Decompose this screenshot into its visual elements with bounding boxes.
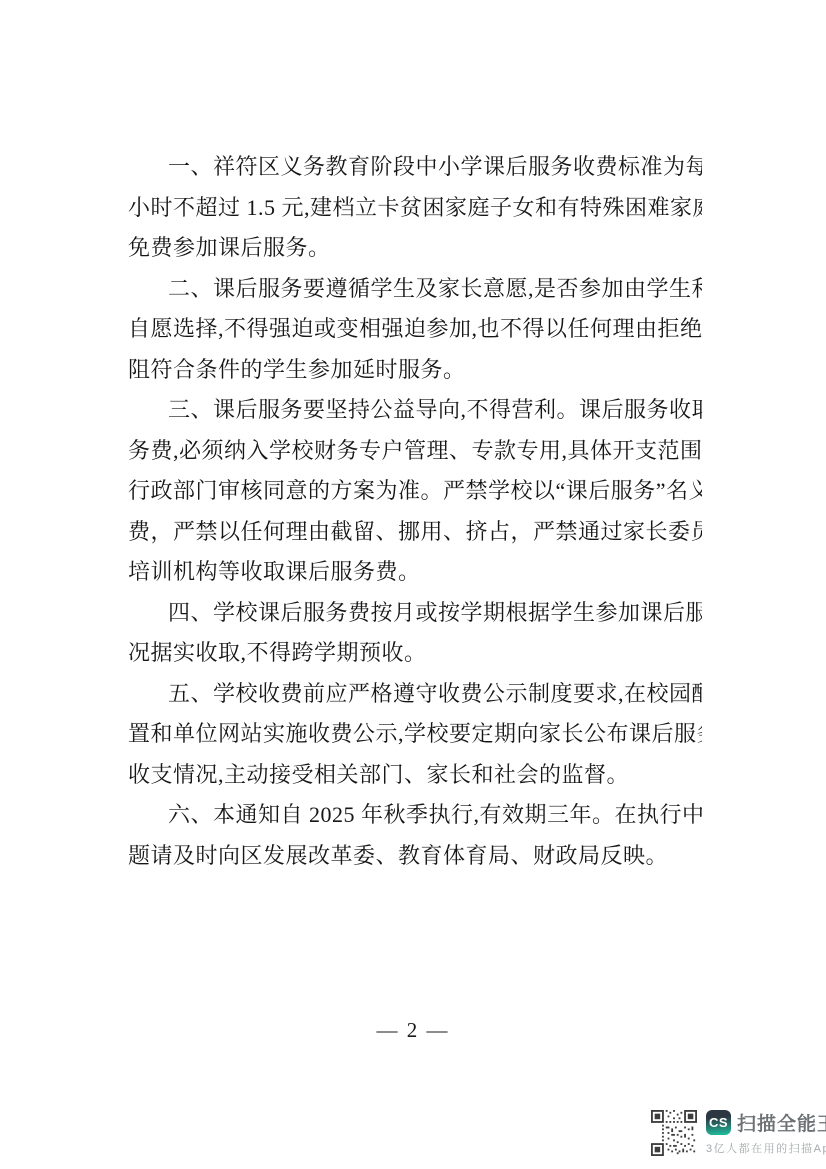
document-line: 小时不超过 1.5 元,建档立卡贫困家庭子女和有特殊困难家庭子女 [128, 188, 702, 229]
camscanner-logo-icon: CS [706, 1110, 731, 1135]
camscanner-tagline: 3亿人都在用的扫描App [706, 1140, 826, 1156]
document-page: 一、祥符区义务教育阶段中小学课后服务收费标准为每生每小时不超过 1.5 元,建档… [0, 0, 826, 1169]
document-line: 自愿选择,不得强迫或变相强迫参加,也不得以任何理由拒绝和劝 [128, 309, 702, 350]
document-line: 三、课后服务要坚持公益导向,不得营利。课后服务收取的服 [128, 390, 702, 431]
document-line: 阻符合条件的学生参加延时服务。 [128, 350, 702, 391]
document-line: 一、祥符区义务教育阶段中小学课后服务收费标准为每生每 [128, 147, 702, 188]
document-line: 二、课后服务要遵循学生及家长意愿,是否参加由学生和家长 [128, 269, 702, 310]
document-line: 免费参加课后服务。 [128, 228, 702, 269]
document-line: 四、学校课后服务费按月或按学期根据学生参加课后服务情 [128, 593, 702, 634]
document-line: 行政部门审核同意的方案为准。严禁学校以“课后服务”名义乱收 [128, 471, 702, 512]
document-line: 五、学校收费前应严格遵守收费公示制度要求,在校园醒目位 [128, 674, 702, 715]
document-line: 题请及时向区发展改革委、教育体育局、财政局反映。 [128, 836, 702, 877]
watermark-text-block: CS 扫描全能王 3亿人都在用的扫描App [706, 1109, 826, 1156]
document-line: 置和单位网站实施收费公示,学校要定期向家长公布课后服务费用 [128, 714, 702, 755]
document-line: 务费,必须纳入学校财务专户管理、专款专用,具体开支范围以教育 [128, 431, 702, 472]
document-line: 收支情况,主动接受相关部门、家长和社会的监督。 [128, 755, 702, 796]
document-line: 六、本通知自 2025 年秋季执行,有效期三年。在执行中遇到问 [128, 795, 702, 836]
document-line: 培训机构等收取课后服务费。 [128, 552, 702, 593]
document-body: 一、祥符区义务教育阶段中小学课后服务收费标准为每生每小时不超过 1.5 元,建档… [128, 147, 702, 876]
document-line: 况据实收取,不得跨学期预收。 [128, 633, 702, 674]
page-number: — 2 — [0, 1018, 826, 1043]
document-line: 费，严禁以任何理由截留、挪用、挤占，严禁通过家长委员会、 [128, 512, 702, 553]
qr-code-icon [651, 1110, 697, 1156]
camscanner-watermark: CS 扫描全能王 3亿人都在用的扫描App [651, 1109, 826, 1156]
camscanner-app-name: 扫描全能王 [737, 1109, 826, 1136]
